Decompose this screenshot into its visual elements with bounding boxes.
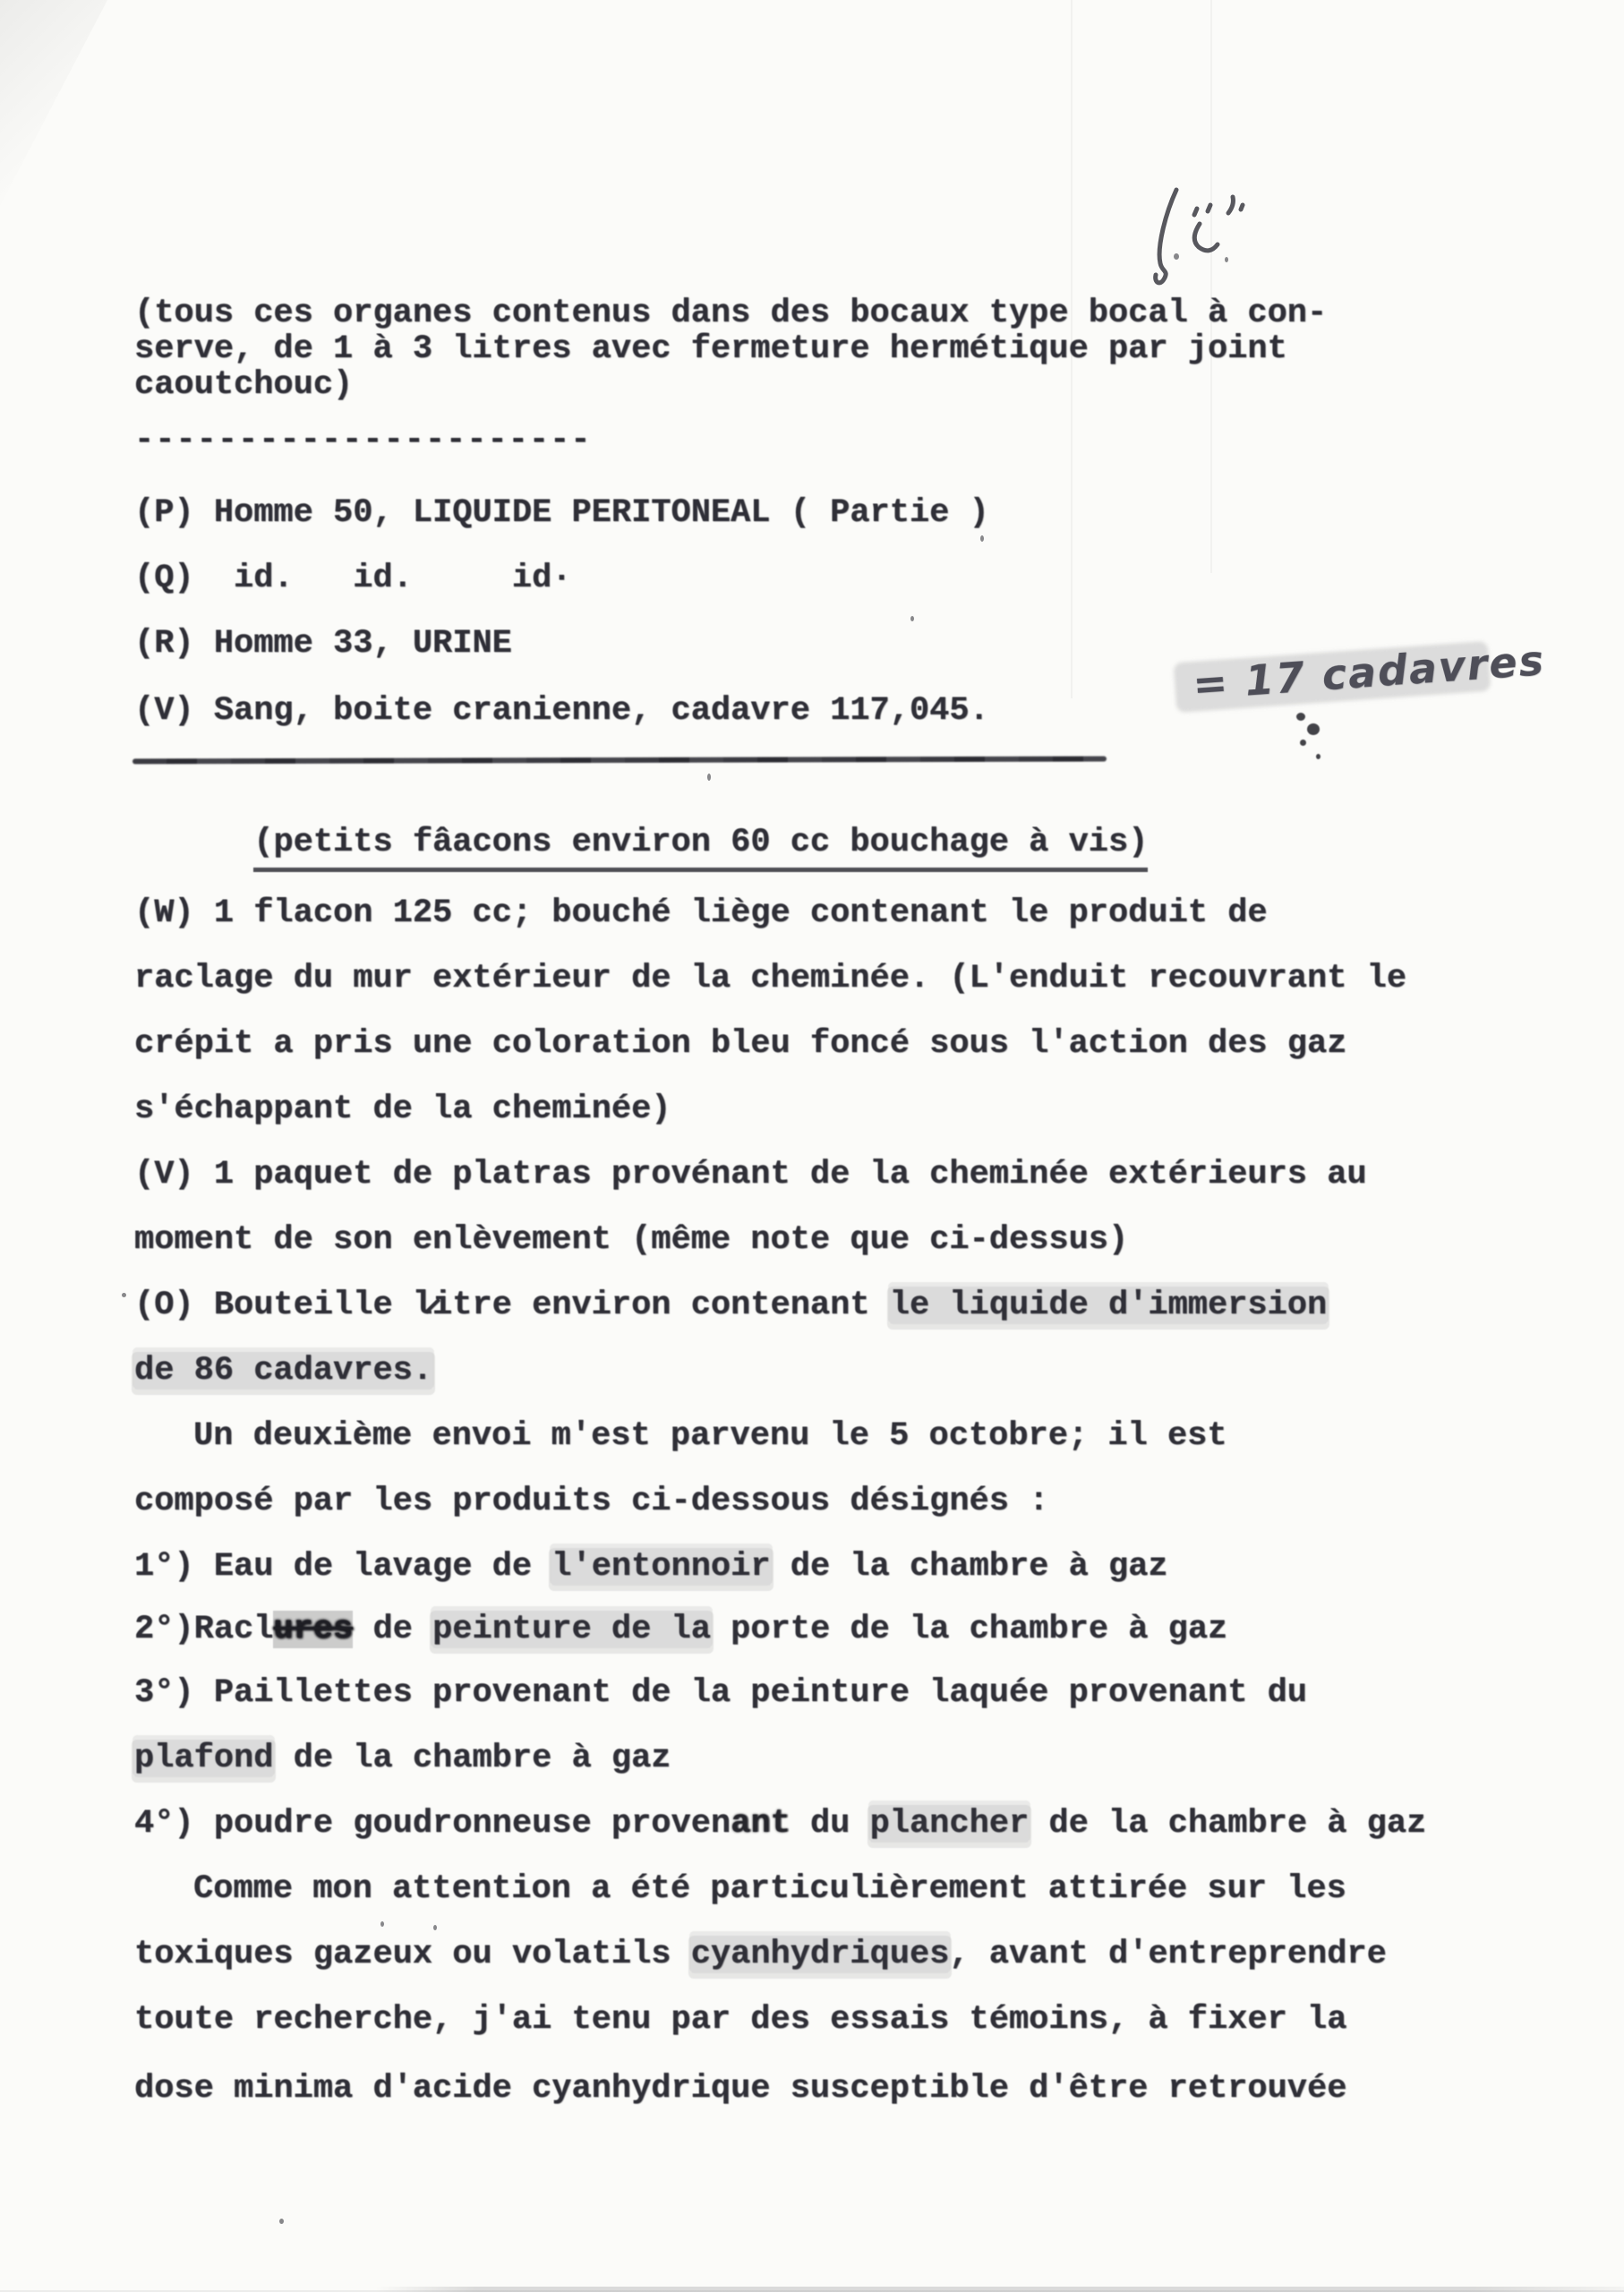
highlighted-text: le liquide d'immersion (890, 1287, 1327, 1324)
dashed-separator: ---------------------- (134, 423, 591, 459)
highlighted-text: plafond (134, 1740, 273, 1777)
item-O-text: (O) Bouteille l̷itre environ contenant (134, 1287, 890, 1324)
highlighted-text: peinture de la (432, 1611, 711, 1648)
item-W-line: s'échappant de la cheminée) (134, 1091, 671, 1128)
flask-section-heading: (petits fâacons environ 60 cc bouchage à… (134, 788, 1148, 909)
item-text: 2°)Racl (134, 1611, 273, 1648)
item-text: de la chambre à gaz (1029, 1805, 1426, 1843)
closing-paragraph-line: dose minima d'acide cyanhydrique suscept… (134, 2071, 1346, 2108)
item-V2-line: (V) 1 paquet de platras provénant de la … (134, 1157, 1367, 1193)
struck-overtyped-text: ures (273, 1611, 353, 1648)
numbered-item-3-continued: plafond de la chambre à gaz (134, 1740, 671, 1777)
horizontal-rule (132, 757, 1107, 765)
item-text: de la chambre à gaz (273, 1740, 671, 1777)
envoi-paragraph-line: composé par les produits ci-dessous dési… (134, 1484, 1048, 1520)
item-text: 4°) poudre goudronneuse proven (134, 1805, 731, 1843)
intro-note-line: serve, de 1 à 3 litres avec fermeture he… (134, 331, 1287, 368)
highlighted-text: l'entonnoir (551, 1548, 770, 1586)
highlighted-text: cyanhydriques (691, 1936, 950, 1973)
closing-paragraph-line: toxiques gazeux ou volatils cyanhydrique… (134, 1937, 1387, 1973)
ink-speck (980, 535, 984, 542)
specimen-line-P: (P) Homme 50, LIQUIDE PERITONEAL ( Parti… (134, 495, 989, 532)
item-text: 1°) Eau de lavage de (134, 1548, 551, 1586)
specimen-line-Q: (Q) id. id. id· (134, 560, 571, 597)
closing-paragraph-line: Comme mon attention a été particulièreme… (193, 1871, 1346, 1908)
item-text: porte de la chambre à gaz (711, 1611, 1227, 1648)
item-text: de la chambre à gaz (771, 1548, 1168, 1586)
numbered-item-3: 3°) Paillettes provenant de la peinture … (134, 1675, 1307, 1712)
item-O-line: (O) Bouteille l̷itre environ contenant l… (134, 1287, 1327, 1324)
item-W-line: (W) 1 flacon 125 cc; bouché liège conten… (134, 895, 1268, 932)
ink-speck (380, 1921, 384, 1927)
specimen-line-V: (V) Sang, boite cranienne, cadavre 117,0… (134, 693, 989, 730)
item-text: du (791, 1805, 870, 1843)
ink-speck (279, 2219, 284, 2224)
numbered-item-4: 4°) poudre goudronneuse provenant du pla… (134, 1806, 1426, 1843)
closing-text: , avant d'entreprendre (949, 1936, 1386, 1973)
ink-speck (910, 616, 914, 621)
typewritten-text-layer: (tous ces organes contenus dans des boca… (0, 0, 1624, 2292)
numbered-item-2: 2°)Raclures de peinture de la porte de l… (134, 1612, 1227, 1648)
envoi-paragraph-line: Un deuxième envoi m'est parvenu le 5 oct… (193, 1418, 1227, 1455)
scanned-document-page: = 17 cadavres (tous ces organes contenus… (0, 0, 1624, 2292)
highlighted-text: plancher (870, 1805, 1030, 1843)
item-W-line: crépit a pris une coloration bleu foncé … (134, 1026, 1346, 1063)
ink-speck (122, 1293, 126, 1297)
item-W-line: raclage du mur extérieur de la cheminée.… (134, 961, 1406, 997)
item-O-line: de 86 cadavres. (134, 1353, 432, 1390)
overtyped-text: ant (731, 1805, 791, 1843)
closing-text: toxiques gazeux ou volatils (134, 1936, 691, 1973)
closing-paragraph-line: toute recherche, j'ai tenu par des essai… (134, 2002, 1346, 2039)
numbered-item-1: 1°) Eau de lavage de l'entonnoir de la c… (134, 1549, 1168, 1586)
highlighted-text: de 86 cadavres. (134, 1352, 432, 1390)
intro-note-line: caoutchouc) (134, 367, 353, 404)
flask-heading-underlined: (petits fâacons environ 60 cc bouchage à… (253, 825, 1148, 873)
item-text: de (353, 1611, 432, 1648)
ink-speck (433, 1925, 437, 1930)
intro-note-line: (tous ces organes contenus dans des boca… (134, 295, 1327, 332)
ink-speck (707, 774, 711, 781)
specimen-line-R: (R) Homme 33, URINE (134, 626, 512, 663)
item-V2-line: moment de son enlèvement (même note que … (134, 1222, 1128, 1259)
